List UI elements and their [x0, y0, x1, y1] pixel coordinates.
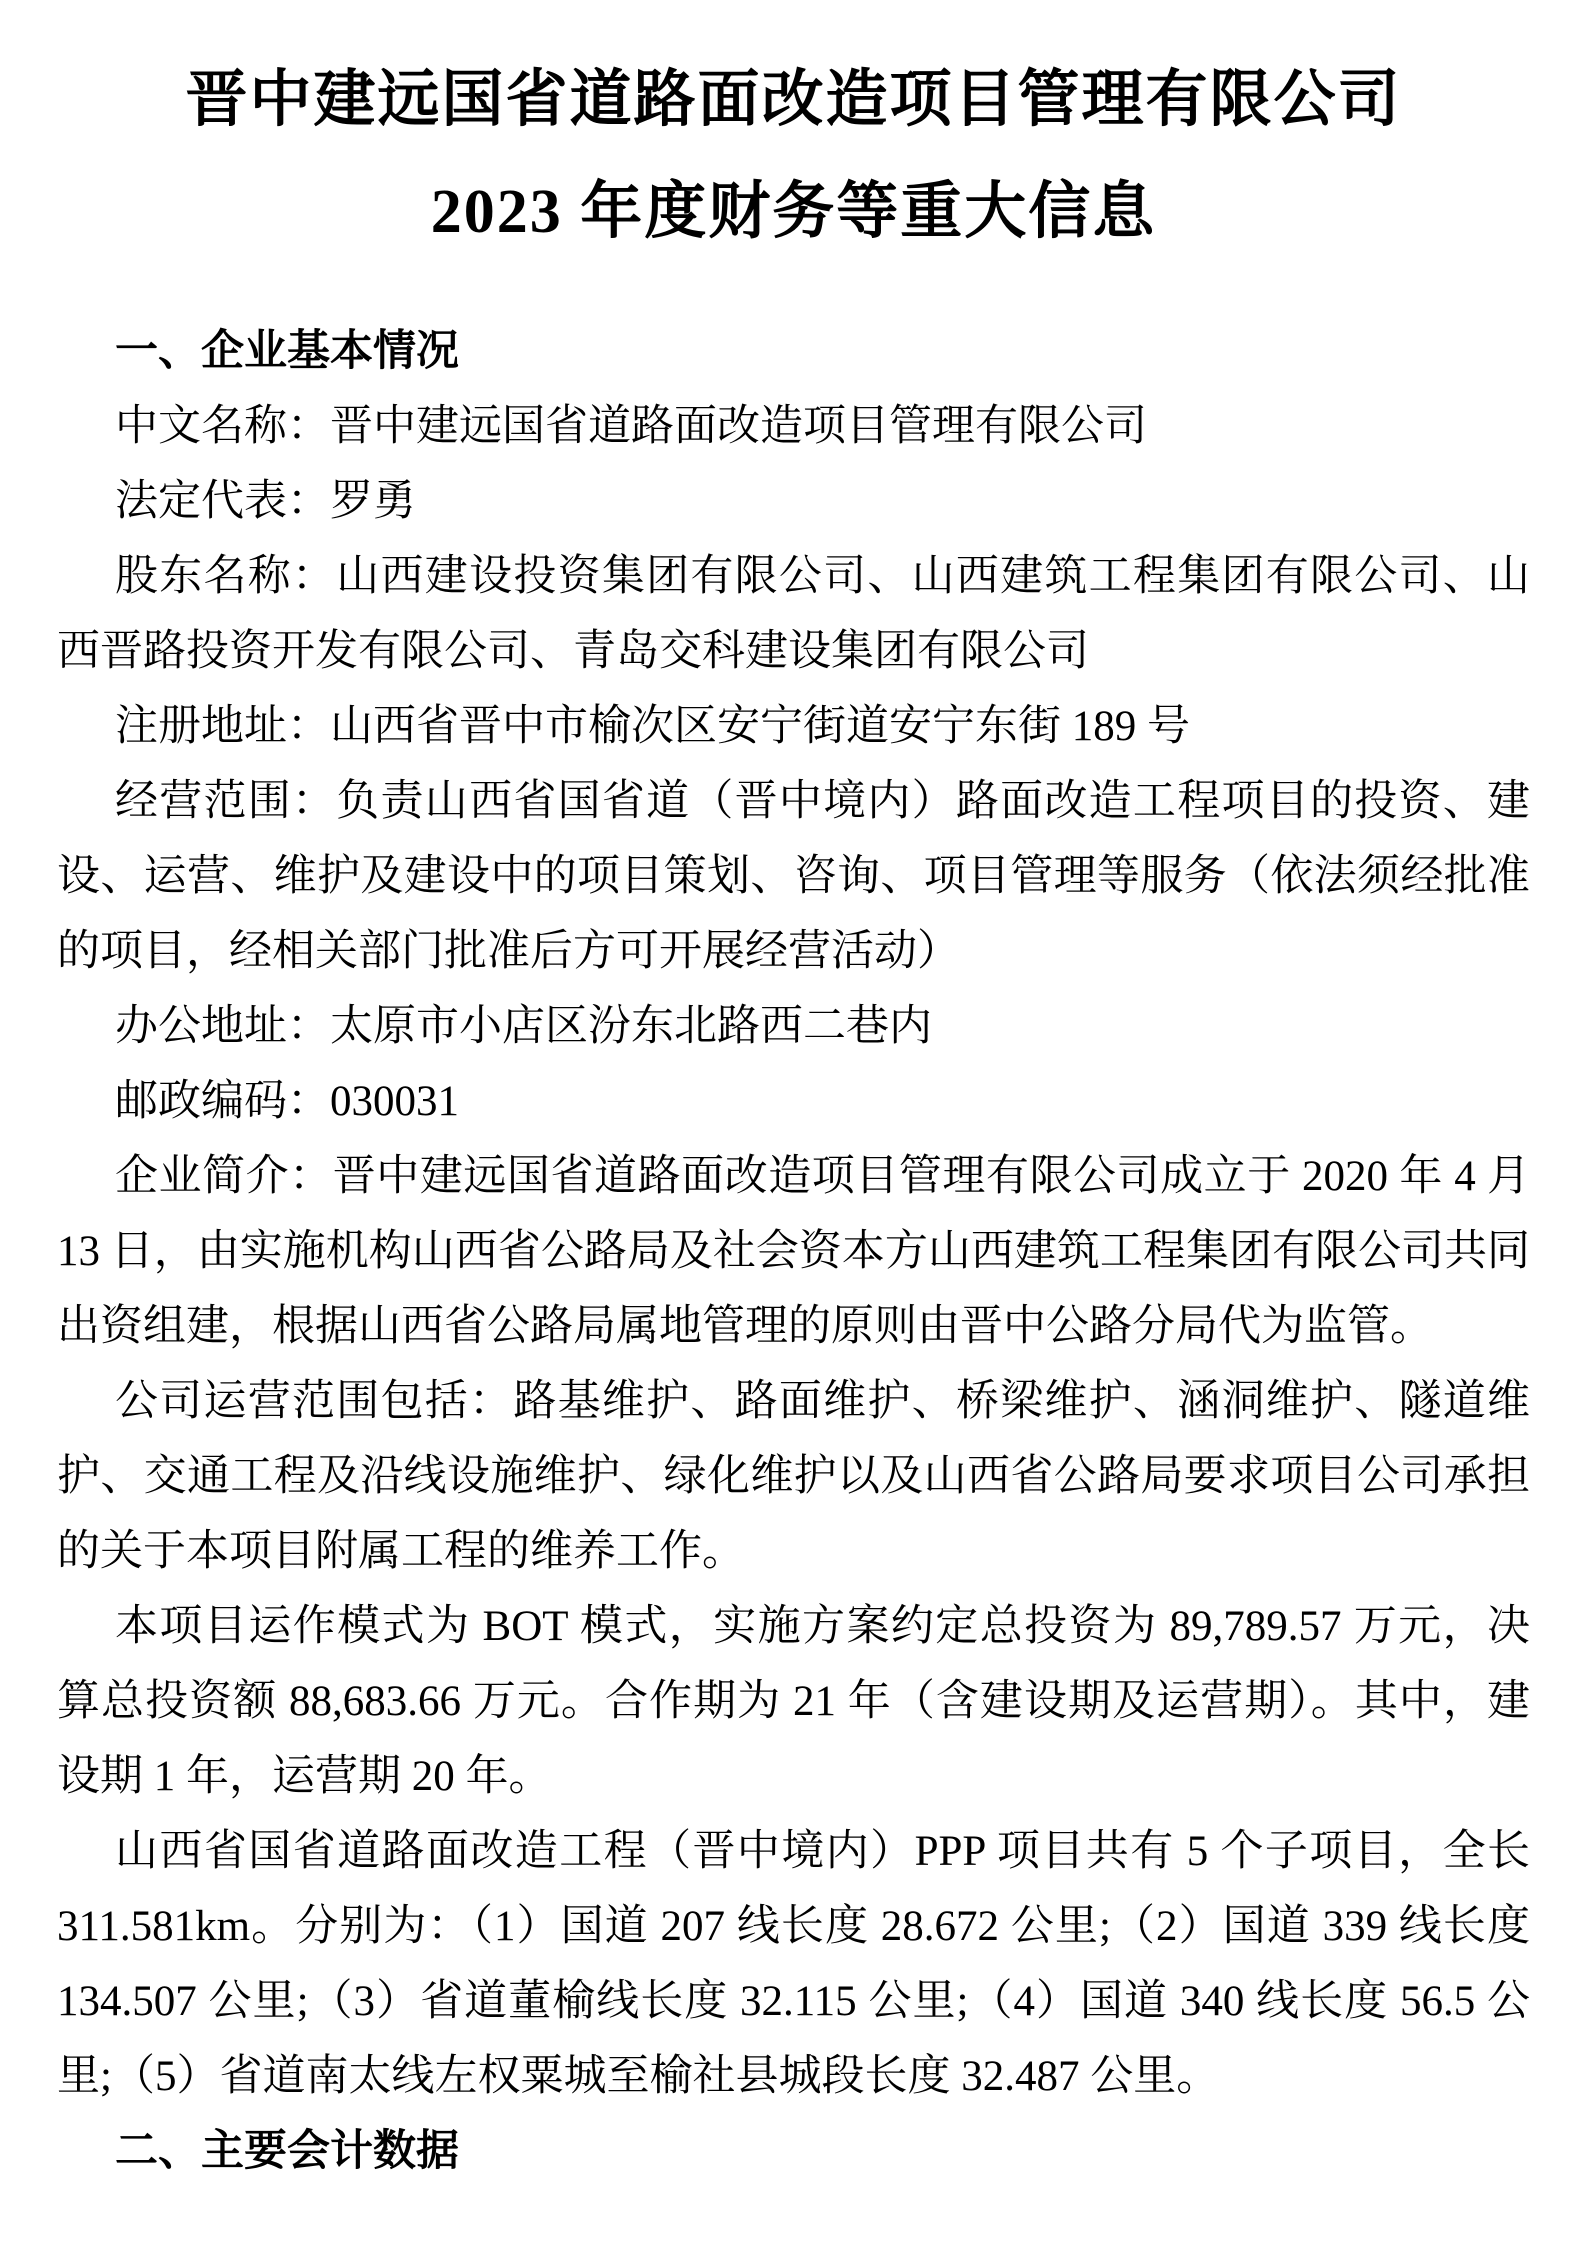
- paragraph-operation-scope: 公司运营范围包括：路基维护、路面维护、桥梁维护、涵洞维护、隧道维护、交通工程及沿…: [57, 1364, 1530, 1589]
- paragraph-company-profile: 企业简介：晋中建远国省道路面改造项目管理有限公司成立于 2020 年 4 月 1…: [57, 1139, 1530, 1364]
- field-shareholder-names: 股东名称：山西建设投资集团有限公司、山西建筑工程集团有限公司、山西晋路投资开发有…: [57, 539, 1530, 689]
- field-office-address: 办公地址：太原市小店区汾东北路西二巷内: [57, 989, 1530, 1064]
- field-chinese-name: 中文名称：晋中建远国省道路面改造项目管理有限公司: [57, 389, 1530, 464]
- field-registered-address: 注册地址：山西省晋中市榆次区安宁街道安宁东街 189 号: [57, 689, 1530, 764]
- document-title-line2: 2023 年度财务等重大信息: [57, 156, 1530, 268]
- field-business-scope: 经营范围：负责山西省国省道（晋中境内）路面改造工程项目的投资、建设、运营、维护及…: [57, 764, 1530, 989]
- document-title-line1: 晋中建远国省道路面改造项目管理有限公司: [57, 44, 1530, 156]
- paragraph-bot-model-investment: 本项目运作模式为 BOT 模式，实施方案约定总投资为 89,789.57 万元，…: [57, 1589, 1530, 1814]
- document-body: 一、企业基本情况 中文名称：晋中建远国省道路面改造项目管理有限公司 法定代表：罗…: [57, 314, 1530, 2189]
- field-postal-code: 邮政编码：030031: [57, 1064, 1530, 1139]
- section-heading-main-accounting-data: 二、主要会计数据: [57, 2114, 1530, 2189]
- field-legal-representative: 法定代表：罗勇: [57, 464, 1530, 539]
- document-title: 晋中建远国省道路面改造项目管理有限公司 2023 年度财务等重大信息: [57, 44, 1530, 268]
- document-page: 晋中建远国省道路面改造项目管理有限公司 2023 年度财务等重大信息 一、企业基…: [0, 0, 1587, 2249]
- section-heading-company-basic-info: 一、企业基本情况: [57, 314, 1530, 389]
- paragraph-ppp-subprojects: 山西省国省道路面改造工程（晋中境内）PPP 项目共有 5 个子项目，全长 311…: [57, 1814, 1530, 2114]
